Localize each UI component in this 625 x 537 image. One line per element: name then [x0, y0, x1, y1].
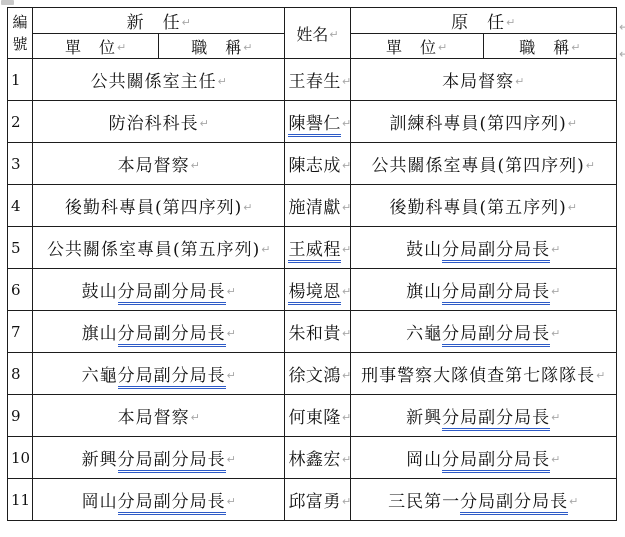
cell-end-mark: ↵	[551, 285, 560, 298]
original-position-cell: 旗山分局副分局長↵	[350, 269, 616, 311]
original-position-text: 六龜	[406, 324, 442, 344]
header-number-top: 編	[13, 13, 28, 31]
header-new-unit: 單 位↵	[33, 34, 159, 59]
cell-end-mark: ↵	[596, 369, 605, 382]
new-position-text: 本局督察	[118, 408, 190, 428]
new-position-cell: 後勤科專員(第四序列)↵	[33, 185, 285, 227]
cell-end-mark: ↵	[438, 41, 447, 54]
cell-end-mark: ↵	[243, 201, 252, 214]
cell-end-mark: ↵	[218, 75, 227, 88]
name-cell: 陳志成↵	[285, 143, 350, 185]
new-position-underlined-text: 分局副分局長	[118, 450, 226, 473]
original-position-underlined-text: 分局副分局長	[442, 450, 550, 473]
row-number: 7	[11, 323, 21, 341]
header-orig-label: 原 任	[451, 13, 505, 33]
person-name-underlined-text: 楊境恩	[288, 282, 341, 305]
cell-end-mark: ↵	[568, 117, 577, 130]
new-position-text: 新興	[82, 450, 118, 470]
table-row: 11岡山分局副分局長↵邱富勇↵三民第一分局副分局長↵	[8, 479, 617, 521]
new-position-text: 公共關係室主任	[91, 72, 217, 92]
cell-end-mark: ↵	[342, 327, 350, 340]
cell-end-mark: ↵	[342, 369, 350, 382]
table-body: 1公共關係室主任↵王春生↵本局督察↵2防治科科長↵陳譽仁↵訓練科專員(第四序列)…	[8, 59, 617, 521]
new-position-cell: 本局督察↵	[33, 395, 285, 437]
table-row: 6鼓山分局副分局長↵楊境恩↵旗山分局副分局長↵	[8, 269, 617, 311]
row-number-cell: 11	[8, 479, 33, 521]
new-position-cell: 旗山分局副分局長↵	[33, 311, 285, 353]
original-position-cell: 岡山分局副分局長↵	[350, 437, 616, 479]
cell-end-mark: ↵	[342, 453, 350, 466]
cell-end-mark: ↵	[227, 285, 236, 298]
row-number-cell: 6	[8, 269, 33, 311]
row-number-cell: 7	[8, 311, 33, 353]
original-position-text: 刑事警察大隊偵查第七隊隊長	[361, 366, 595, 386]
person-name-underlined-text: 王威程	[288, 240, 341, 263]
cell-end-mark: ↵	[261, 243, 270, 256]
new-position-cell: 防治科科長↵	[33, 101, 285, 143]
header-number-bottom: 號	[13, 35, 28, 53]
row-number-cell: 9	[8, 395, 33, 437]
row-number-cell: 5	[8, 227, 33, 269]
cell-end-mark: ↵	[571, 41, 580, 54]
person-name-text: 王春生	[288, 72, 341, 92]
original-position-text: 三民第一	[388, 492, 460, 512]
cell-end-mark: ↵	[191, 411, 200, 424]
header-new-unit-label: 單 位	[65, 38, 116, 57]
new-position-text: 旗山	[82, 324, 118, 344]
cell-end-mark: ↵	[329, 28, 338, 41]
table-header: 編 號 新 任↵ 姓名↵ 原 任↵ 單 位↵ 職 稱↵	[8, 8, 617, 59]
row-number-cell: 8	[8, 353, 33, 395]
new-position-text: 鼓山	[82, 282, 118, 302]
name-cell: 徐文鴻↵	[285, 353, 350, 395]
new-position-text: 六龜	[82, 366, 118, 386]
header-new-appointment: 新 任↵	[33, 8, 285, 34]
new-position-underlined-text: 分局副分局長	[118, 366, 226, 389]
cell-end-mark: ↵	[506, 16, 515, 29]
name-cell: 邱富勇↵	[285, 479, 350, 521]
header-name: 姓名↵	[285, 8, 350, 59]
person-name-text: 徐文鴻	[288, 366, 341, 386]
row-number-cell: 10	[8, 437, 33, 479]
cell-end-mark: ↵	[227, 495, 236, 508]
original-position-text: 公共關係室專員(第四序列)	[372, 156, 585, 176]
table-row: 10新興分局副分局長↵林鑫宏↵岡山分局副分局長↵	[8, 437, 617, 479]
cell-end-mark: ↵	[568, 201, 577, 214]
name-cell: 何東隆↵	[285, 395, 350, 437]
row-end-mark: ↵	[619, 20, 625, 34]
header-original-appointment: 原 任↵	[350, 8, 616, 34]
new-position-underlined-text: 分局副分局長	[118, 282, 226, 305]
new-position-text: 公共關係室專員(第五序列)	[47, 240, 260, 260]
row-number: 5	[11, 239, 21, 257]
new-position-cell: 六龜分局副分局長↵	[33, 353, 285, 395]
name-cell: 施清獻↵	[285, 185, 350, 227]
table-row: 2防治科科長↵陳譽仁↵訓練科專員(第四序列)↵	[8, 101, 617, 143]
cell-end-mark: ↵	[342, 75, 350, 88]
table-row: 8六龜分局副分局長↵徐文鴻↵刑事警察大隊偵查第七隊隊長↵	[8, 353, 617, 395]
original-position-cell: 三民第一分局副分局長↵	[350, 479, 616, 521]
original-position-text: 本局督察	[442, 72, 514, 92]
new-position-cell: 岡山分局副分局長↵	[33, 479, 285, 521]
cell-end-mark: ↵	[227, 327, 236, 340]
personnel-table: 編 號 新 任↵ 姓名↵ 原 任↵ 單 位↵ 職 稱↵	[7, 7, 617, 521]
original-position-underlined-text: 分局副分局長	[460, 492, 568, 515]
row-number: 1	[11, 71, 21, 89]
new-position-cell: 公共關係室主任↵	[33, 59, 285, 101]
person-name-text: 何東隆	[288, 408, 341, 428]
row-number: 10	[11, 449, 30, 467]
cell-end-mark: ↵	[551, 243, 560, 256]
person-name-text: 施清獻	[288, 198, 341, 218]
new-position-text: 後勤科專員(第四序列)	[65, 198, 242, 218]
header-orig-title: 職 稱↵	[483, 34, 616, 59]
table-row: 7旗山分局副分局長↵朱和貴↵六龜分局副分局長↵	[8, 311, 617, 353]
cell-end-mark: ↵	[586, 159, 595, 172]
new-position-cell: 本局督察↵	[33, 143, 285, 185]
row-number-cell: 4	[8, 185, 33, 227]
row-number: 2	[11, 113, 21, 131]
original-position-cell: 後勤科專員(第五序列)↵	[350, 185, 616, 227]
header-orig-unit: 單 位↵	[350, 34, 483, 59]
new-position-text: 岡山	[82, 492, 118, 512]
row-number: 6	[11, 281, 21, 299]
row-number-cell: 2	[8, 101, 33, 143]
name-cell: 王春生↵	[285, 59, 350, 101]
cell-end-mark: ↵	[182, 16, 191, 29]
original-position-cell: 新興分局副分局長↵	[350, 395, 616, 437]
original-position-text: 旗山	[406, 282, 442, 302]
header-new-title: 職 稱↵	[159, 34, 285, 59]
person-name-text: 朱和貴	[288, 324, 341, 344]
row-number: 3	[11, 155, 21, 173]
cell-end-mark: ↵	[227, 453, 236, 466]
original-position-text: 岡山	[406, 450, 442, 470]
original-position-cell: 刑事警察大隊偵查第七隊隊長↵	[350, 353, 616, 395]
table-row: 9本局督察↵何東隆↵新興分局副分局長↵	[8, 395, 617, 437]
cell-end-mark: ↵	[569, 495, 578, 508]
cell-end-mark: ↵	[342, 243, 350, 256]
person-name-text: 林鑫宏	[288, 450, 341, 470]
cell-end-mark: ↵	[515, 75, 524, 88]
cell-end-mark: ↵	[200, 117, 209, 130]
table-row: 5公共關係室專員(第五序列)↵王威程↵鼓山分局副分局長↵	[8, 227, 617, 269]
header-orig-title-label: 職 稱	[519, 38, 570, 57]
original-position-underlined-text: 分局副分局長	[442, 408, 550, 431]
header-new-label: 新 任	[127, 13, 181, 33]
row-number: 9	[11, 407, 21, 425]
original-position-text: 鼓山	[406, 240, 442, 260]
cell-end-mark: ↵	[243, 41, 252, 54]
original-position-underlined-text: 分局副分局長	[442, 240, 550, 263]
original-position-cell: 公共關係室專員(第四序列)↵	[350, 143, 616, 185]
new-position-underlined-text: 分局副分局長	[118, 324, 226, 347]
header-orig-unit-label: 單 位	[386, 38, 437, 57]
table-row: 3本局督察↵陳志成↵公共關係室專員(第四序列)↵	[8, 143, 617, 185]
header-name-label: 姓名	[296, 25, 328, 44]
name-cell: 王威程↵	[285, 227, 350, 269]
row-number: 11	[11, 491, 30, 509]
cell-end-mark: ↵	[227, 369, 236, 382]
name-cell: 朱和貴↵	[285, 311, 350, 353]
name-cell: 林鑫宏↵	[285, 437, 350, 479]
name-cell: 陳譽仁↵	[285, 101, 350, 143]
cell-end-mark: ↵	[342, 495, 350, 508]
original-position-cell: 本局督察↵	[350, 59, 616, 101]
row-number-cell: 3	[8, 143, 33, 185]
cell-end-mark: ↵	[551, 453, 560, 466]
name-cell: 楊境恩↵	[285, 269, 350, 311]
row-number-cell: 1	[8, 59, 33, 101]
new-position-text: 本局督察	[118, 156, 190, 176]
original-position-cell: 鼓山分局副分局長↵	[350, 227, 616, 269]
table-row: 4後勤科專員(第四序列)↵施清獻↵後勤科專員(第五序列)↵	[8, 185, 617, 227]
new-position-cell: 新興分局副分局長↵	[33, 437, 285, 479]
cell-end-mark: ↵	[342, 285, 350, 298]
cell-end-mark: ↵	[342, 117, 350, 130]
header-number: 編 號	[8, 8, 33, 59]
row-number: 8	[11, 365, 21, 383]
person-name-underlined-text: 陳譽仁	[288, 114, 341, 137]
document-page: 編 號 新 任↵ 姓名↵ 原 任↵ 單 位↵ 職 稱↵	[0, 0, 625, 537]
cell-end-mark: ↵	[551, 327, 560, 340]
original-position-cell: 六龜分局副分局長↵	[350, 311, 616, 353]
cell-end-mark: ↵	[342, 201, 350, 214]
cell-end-mark: ↵	[551, 411, 560, 424]
original-position-cell: 訓練科專員(第四序列)↵	[350, 101, 616, 143]
original-position-text: 新興	[406, 408, 442, 428]
header-row-groups: 編 號 新 任↵ 姓名↵ 原 任↵	[8, 8, 617, 34]
new-position-cell: 公共關係室專員(第五序列)↵	[33, 227, 285, 269]
cell-end-mark: ↵	[191, 159, 200, 172]
new-position-underlined-text: 分局副分局長	[118, 492, 226, 515]
row-end-mark: ↵	[619, 47, 625, 61]
original-position-text: 訓練科專員(第四序列)	[390, 114, 567, 134]
person-name-text: 邱富勇	[288, 492, 341, 512]
cell-end-mark: ↵	[342, 411, 350, 424]
original-position-text: 後勤科專員(第五序列)	[390, 198, 567, 218]
cell-end-mark: ↵	[342, 159, 350, 172]
original-position-underlined-text: 分局副分局長	[442, 324, 550, 347]
original-position-underlined-text: 分局副分局長	[442, 282, 550, 305]
table-move-handle[interactable]	[1, 0, 14, 5]
new-position-text: 防治科科長	[109, 114, 199, 134]
table-row: 1公共關係室主任↵王春生↵本局督察↵	[8, 59, 617, 101]
cell-end-mark: ↵	[117, 41, 126, 54]
row-number: 4	[11, 197, 21, 215]
header-new-title-label: 職 稱	[191, 38, 242, 57]
new-position-cell: 鼓山分局副分局長↵	[33, 269, 285, 311]
person-name-text: 陳志成	[288, 156, 341, 176]
